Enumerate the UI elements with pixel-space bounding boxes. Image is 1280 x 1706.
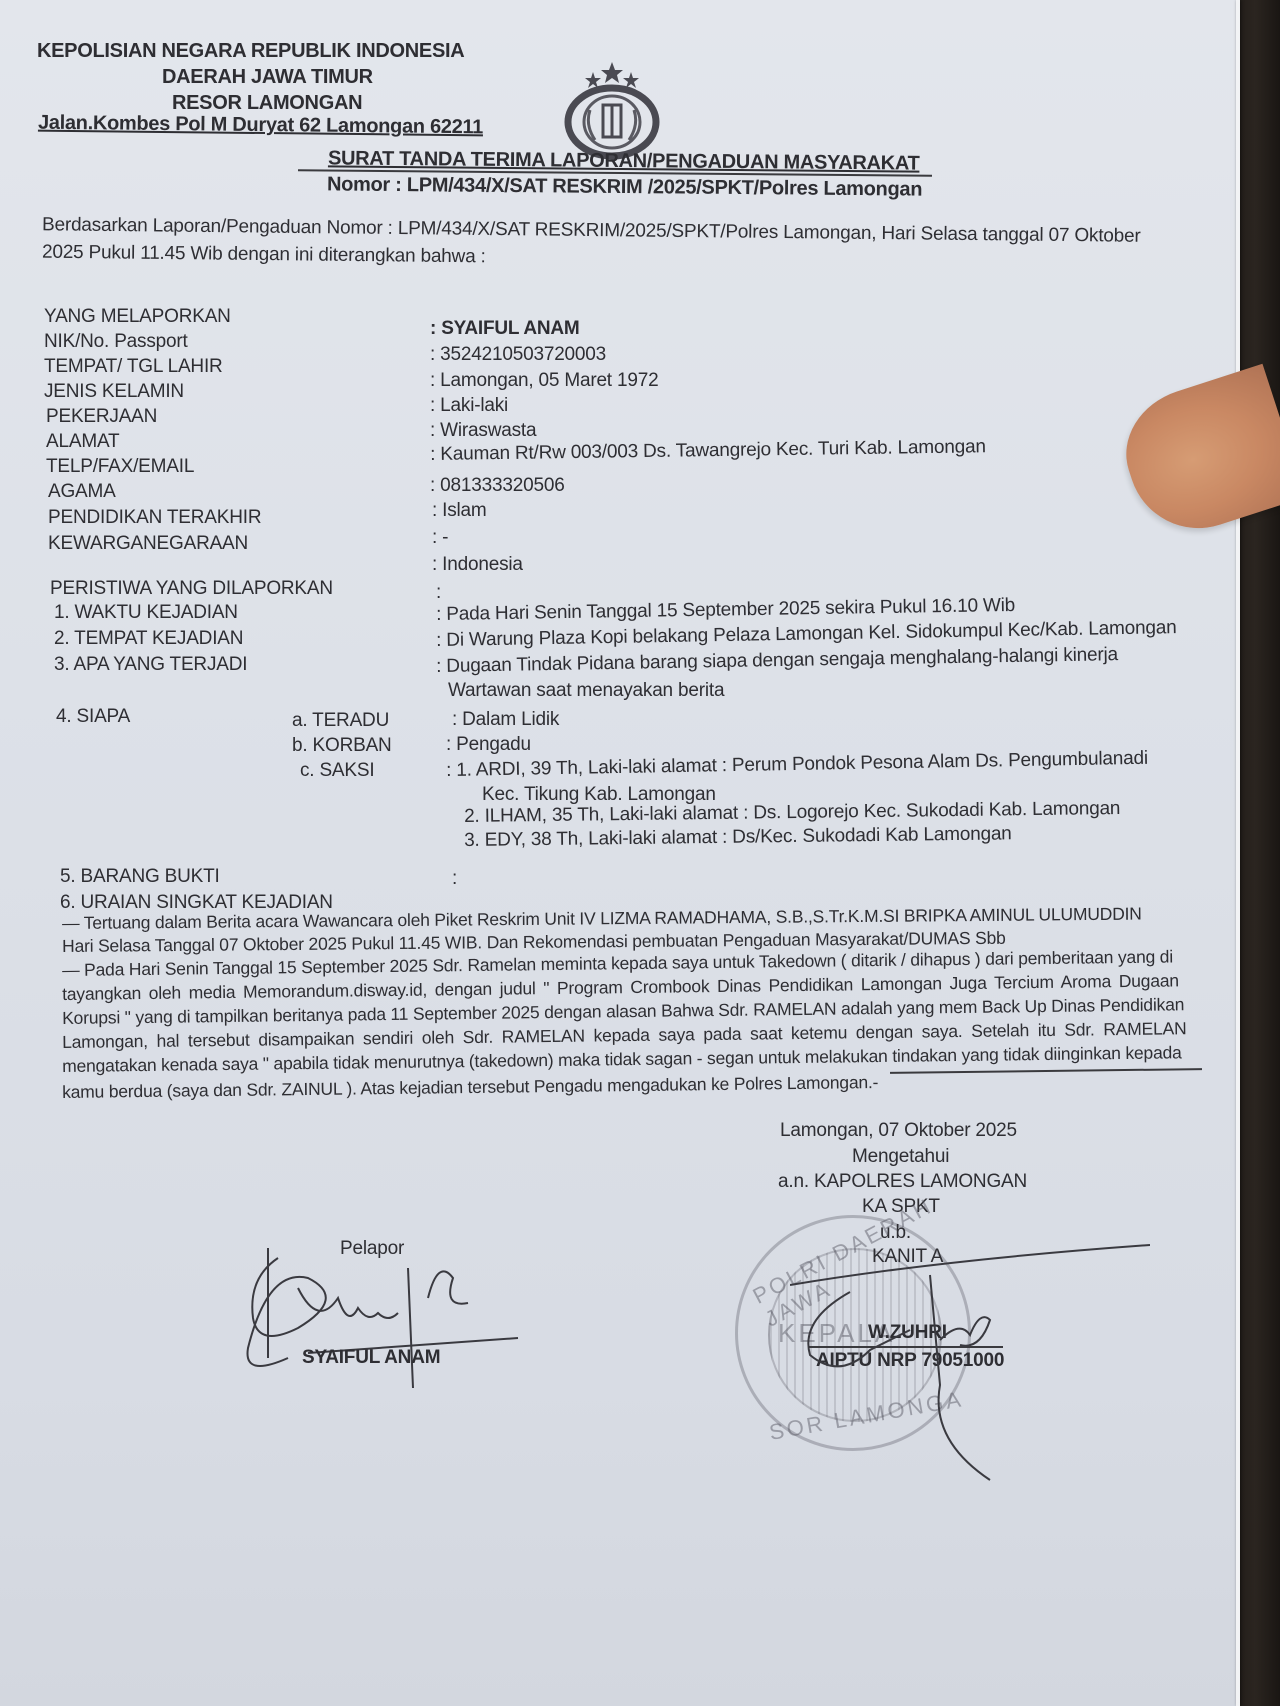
signing-place-date: Lamongan, 07 Oktober 2025 [780,1120,1017,1142]
siapa-value-teradu: : Dalam Lidik [452,709,559,731]
reporter-value-3: : Laki-laki [430,395,508,417]
event-label-waktu: 1. WAKTU KEJADIAN [54,602,238,624]
reporter-label-1: NIK/No. Passport [44,331,188,353]
reporter-label-2: TEMPAT/ TGL LAHIR [44,356,223,378]
reporter-label-8: PENDIDIKAN TERAKHIR [48,507,261,529]
police-emblem-icon [555,60,670,160]
reporter-value-8: : - [432,527,448,549]
document-page: KEPOLISIAN NEGARA REPUBLIK INDONESIA DAE… [0,0,1240,1706]
barang-bukti-label: 5. BARANG BUKTI [60,866,220,888]
event-value-apa-cont: Wartawan saat menayakan berita [448,680,724,702]
document-number: Nomor : LPM/434/X/SAT RESKRIM /2025/SPKT… [327,173,922,201]
reporter-label-5: ALAMAT [46,431,119,453]
siapa-value-saksi-1: : 1. ARDI, 39 Th, Laki-laki alamat : Per… [446,748,1148,782]
reporter-label-9: KEWARGANEGARAAN [48,533,248,555]
letterhead-address: Jalan.Kombes Pol M Duryat 62 Lamongan 62… [38,112,483,140]
reporter-value-9: : Indonesia [432,554,523,576]
reporter-value-6: : 081333320506 [430,475,565,497]
event-heading-colon: : [436,582,441,604]
reporter-value-7: : Islam [432,500,487,522]
signing-on-behalf: a.n. KAPOLRES LAMONGAN [778,1171,1027,1193]
reporter-value-0: : SYAIFUL ANAM [430,318,580,340]
event-label-tempat: 2. TEMPAT KEJADIAN [54,628,243,650]
paper-edge [1236,0,1240,1706]
siapa-sub-saksi: c. SAKSI [300,760,374,782]
reporter-label-0: YANG MELAPORKAN [44,306,231,328]
signing-acknowledged: Mengetahui [852,1146,949,1168]
reporter-value-4: : Wiraswasta [430,420,536,442]
uraian-end-line [890,1068,1202,1073]
reporter-label-4: PEKERJAAN [46,406,157,428]
uraian-line-7: kamu berdua (saya dan Sdr. ZAINUL ). Ata… [62,1072,878,1103]
siapa-label: 4. SIAPA [56,706,130,728]
saksi-cont-2: 3. EDY, 38 Th, Laki-laki alamat : Ds/Kec… [464,823,1012,852]
letterhead-line3: RESOR LAMONGAN [172,92,362,115]
letterhead-line1: KEPOLISIAN NEGARA REPUBLIK INDONESIA [37,40,464,63]
officer-signature [790,1240,1150,1490]
reporter-label-6: TELP/FAX/EMAIL [46,456,194,478]
siapa-sub-teradu: a. TERADU [292,710,389,732]
siapa-value-korban: : Pengadu [446,734,531,756]
barang-bukti-value: : [452,868,457,890]
reporter-label-7: AGAMA [48,481,116,503]
letterhead-line2: DAERAH JAWA TIMUR [162,66,373,89]
intro-line2: 2025 Pukul 11.45 Wib dengan ini diterang… [42,242,486,269]
siapa-sub-korban: b. KORBAN [292,735,392,757]
reporter-value-2: : Lamongan, 05 Maret 1972 [430,370,658,392]
reporter-label-3: JENIS KELAMIN [44,381,184,403]
event-heading: PERISTIWA YANG DILAPORKAN [50,578,333,600]
reporter-sign-name: SYAIFUL ANAM [302,1347,440,1369]
reporter-value-1: : 3524210503720003 [430,344,606,366]
event-label-apa: 3. APA YANG TERJADI [54,654,247,676]
